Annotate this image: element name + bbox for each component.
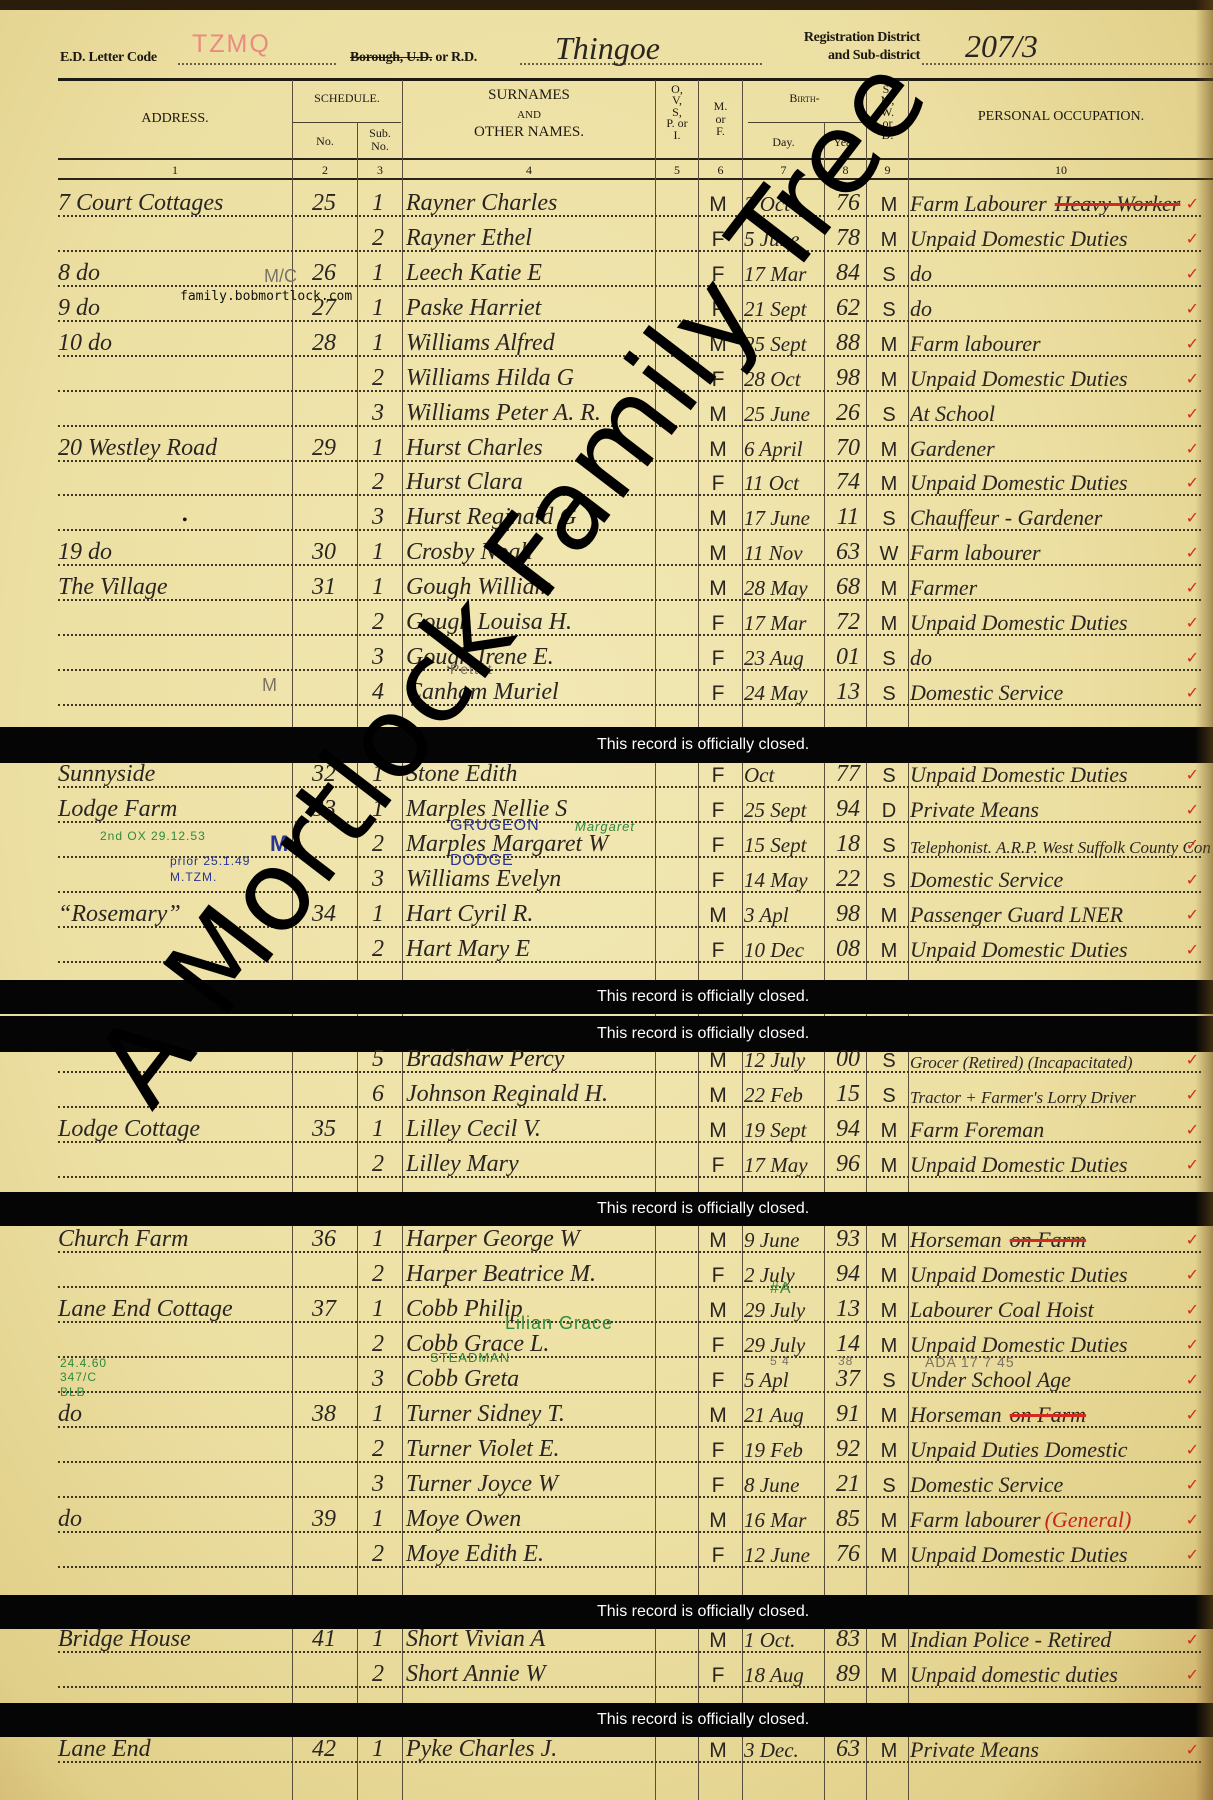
marital-status-cell: M xyxy=(872,1666,906,1686)
sub-no-cell: 1 xyxy=(358,1117,398,1141)
name-cell: Paske Harriet xyxy=(406,296,541,320)
red-check-icon: ✓ xyxy=(1186,299,1199,318)
occupation-cell: Unpaid Domestic Duties xyxy=(910,1154,1210,1176)
col-number: 6 xyxy=(699,163,742,178)
row-dotted-rule xyxy=(58,1391,1201,1393)
birth-day-cell: 28 May xyxy=(744,578,824,599)
occupation-cell: Unpaid Domestic Duties xyxy=(910,228,1210,250)
red-check-icon: ✓ xyxy=(1186,264,1199,283)
marital-status-cell: M xyxy=(872,1441,906,1461)
row-dotted-rule xyxy=(58,1356,1201,1358)
occupation-text: Domestic Service xyxy=(910,869,1063,891)
sub-no-cell: 1 xyxy=(358,902,398,926)
name-cell: Moye Owen xyxy=(406,1507,521,1531)
day-annotation: 5 4 xyxy=(770,1354,790,1368)
closed-record-text: This record is officially closed. xyxy=(597,736,809,754)
marital-status-cell: M xyxy=(872,1266,906,1286)
birth-day-cell: 19 Feb xyxy=(744,1440,824,1461)
name-cell: Short Vivian A xyxy=(406,1627,545,1651)
marital-status-cell: S xyxy=(872,300,906,320)
sub-no-cell: 1 xyxy=(358,1402,398,1426)
table-row: Lane End421Pyke Charles J.M3 Dec.63MPriv… xyxy=(0,1730,1213,1765)
marital-status-cell: M xyxy=(872,1546,906,1566)
row-dotted-rule xyxy=(58,1286,1201,1288)
row-dotted-rule xyxy=(58,599,1201,601)
row-dotted-rule xyxy=(58,1251,1201,1253)
sub-no-cell: 1 xyxy=(358,1627,398,1651)
birth-day-cell: 12 June xyxy=(744,1545,824,1566)
borough-label-struck: Borough, U.D. xyxy=(350,50,432,65)
occupation-cell: Unpaid Duties Domestic xyxy=(910,1439,1210,1461)
sex-cell: M xyxy=(704,1120,732,1141)
marital-status-cell: M xyxy=(872,370,906,390)
birth-day-cell: 24 May xyxy=(744,683,824,704)
row-dotted-rule xyxy=(58,1461,1201,1463)
col-number: 4 xyxy=(403,163,655,178)
sub-no-cell: 2 xyxy=(358,226,398,250)
sub-no-cell: 2 xyxy=(358,366,398,390)
row-dotted-rule xyxy=(58,704,1201,706)
occupation-struck-text: Heavy Worker xyxy=(1055,193,1181,215)
name-cell: Hart Cyril R. xyxy=(406,902,533,926)
marital-status-cell: S xyxy=(872,265,906,285)
closed-record-text: This record is officially closed. xyxy=(597,1711,809,1729)
sex-cell: F xyxy=(704,1265,732,1286)
col-header-sub-no: Sub.No. xyxy=(358,127,402,152)
marital-status-cell: S xyxy=(872,1476,906,1496)
sex-cell: F xyxy=(704,800,732,821)
birth-day-cell: 3 Apl xyxy=(744,905,824,926)
schedule-split-rule xyxy=(293,122,401,123)
address-cell: do xyxy=(58,1402,288,1426)
colnum-bottom-rule xyxy=(58,178,1213,180)
marital-status-cell: S xyxy=(872,836,906,856)
birth-year-cell: 21 xyxy=(826,1472,870,1496)
occupation-text: Farm labourer xyxy=(910,333,1041,355)
sub-no-cell: 5 xyxy=(358,1047,398,1071)
birth-day-cell: 8 June xyxy=(744,1475,824,1496)
birth-year-cell: 26 xyxy=(826,401,870,425)
occupation-text: Unpaid Domestic Duties xyxy=(910,1544,1128,1566)
occupation-cell: Domestic Service xyxy=(910,682,1210,704)
marital-status-cell: S xyxy=(872,766,906,786)
address-cell: Bridge House xyxy=(58,1627,288,1651)
sex-cell: F xyxy=(704,940,732,961)
birth-year-cell: 85 xyxy=(826,1507,870,1531)
birth-day-cell: 9 June xyxy=(744,1230,824,1251)
name-cell: Harper Beatrice M. xyxy=(406,1262,596,1286)
address-cell: 20 Westley Road xyxy=(58,436,288,460)
closed-record-text: This record is officially closed. xyxy=(597,988,809,1006)
red-check-icon: ✓ xyxy=(1186,1120,1199,1139)
marital-status-cell: M xyxy=(872,1121,906,1141)
occupation-struck-text: on Farm xyxy=(1010,1404,1086,1426)
schedule-no-cell: 42 xyxy=(292,1737,356,1761)
red-check-icon: ✓ xyxy=(1186,1665,1199,1684)
name-cell: Turner Violet E. xyxy=(406,1437,560,1461)
occupation-cell: Farm LabourerHeavy Worker xyxy=(910,193,1210,215)
address-cell: 7 Court Cottages xyxy=(58,191,288,215)
side-annotation: 24.4.60 347/C BLB xyxy=(60,1356,120,1399)
name-cell: Williams Evelyn xyxy=(406,867,561,891)
birth-day-cell: 6 April xyxy=(744,439,824,460)
sub-no-cell: 1 xyxy=(358,540,398,564)
sex-cell: F xyxy=(704,870,732,891)
birth-year-cell: 98 xyxy=(826,902,870,926)
occupation-text: Tractor + Farmer's Lorry Driver xyxy=(910,1089,1136,1106)
sex-cell: M xyxy=(704,1630,732,1651)
occupation-text: Unpaid Duties Domestic xyxy=(910,1439,1128,1461)
marital-status-cell: M xyxy=(872,1231,906,1251)
table-row: 2Moye Edith E.F12 June76MUnpaid Domestic… xyxy=(0,1535,1213,1570)
red-check-icon: ✓ xyxy=(1186,543,1199,562)
table-row: 2Short Annie WF18 Aug89MUnpaid domestic … xyxy=(0,1655,1213,1690)
sub-no-cell: 1 xyxy=(358,436,398,460)
red-check-icon: ✓ xyxy=(1186,870,1199,889)
col-header-schedule-no: No. xyxy=(293,135,357,148)
birth-year-cell: 08 xyxy=(826,937,870,961)
occupation-annotation: ADA 17 7 45 xyxy=(925,1354,1015,1370)
name-cell: Hurst Charles xyxy=(406,436,543,460)
col-header-occupation: PERSONAL OCCUPATION. xyxy=(909,110,1213,125)
birth-year-cell: 62 xyxy=(826,296,870,320)
name-cell: Johnson Reginald H. xyxy=(406,1082,608,1106)
table-row: 2Harper Beatrice M.F2 July94MUnpaid Dome… xyxy=(0,1255,1213,1290)
row-dotted-rule xyxy=(58,1531,1201,1533)
occupation-text: Chauffeur - Gardener xyxy=(910,507,1102,529)
sex-cell: M xyxy=(704,1050,732,1071)
marital-status-cell: M xyxy=(872,474,906,494)
marital-status-cell: M xyxy=(872,1301,906,1321)
sub-no-cell: 1 xyxy=(358,191,398,215)
birth-day-cell: 25 Sept xyxy=(744,800,824,821)
col-header-mf: M.orF. xyxy=(699,100,742,138)
red-check-icon: ✓ xyxy=(1186,940,1199,959)
year-annotation: 38 xyxy=(838,1354,853,1368)
sub-no-cell: 2 xyxy=(358,1152,398,1176)
birth-year-cell: 11 xyxy=(826,505,870,529)
occupation-text: Unpaid domestic duties xyxy=(910,1664,1118,1686)
sub-no-cell: 1 xyxy=(358,1297,398,1321)
table-row: 8 do261Leech Katie EF17 Mar84Sdo✓ xyxy=(0,254,1213,289)
sub-no-cell: 1 xyxy=(358,261,398,285)
sex-cell: F xyxy=(704,835,732,856)
sub-no-cell: 2 xyxy=(358,937,398,961)
row-dotted-rule xyxy=(58,215,1201,217)
occupation-text: Unpaid Domestic Duties xyxy=(910,1154,1128,1176)
sub-no-cell: 3 xyxy=(358,401,398,425)
borough-label-rest: or R.D. xyxy=(432,50,477,65)
occupation-cell: Grocer (Retired) (Incapacitated) xyxy=(910,1054,1210,1071)
birth-day-cell: 12 July xyxy=(744,1050,824,1071)
birth-year-cell: 94 xyxy=(826,1117,870,1141)
name-cell: Turner Joyce W xyxy=(406,1472,558,1496)
occupation-cell: Domestic Service xyxy=(910,869,1210,891)
schedule-no-cell: 39 xyxy=(292,1507,356,1531)
marital-status-cell: S xyxy=(872,871,906,891)
schedule-no-cell: 28 xyxy=(292,331,356,355)
marital-status-cell: M xyxy=(872,906,906,926)
occupation-text: Private Means xyxy=(910,799,1039,821)
header-top-rule xyxy=(58,78,1213,81)
birth-year-cell: 63 xyxy=(826,1737,870,1761)
address-cell: 8 do xyxy=(58,261,288,285)
occupation-text: Horseman xyxy=(910,1229,1002,1251)
occupation-text: Unpaid Domestic Duties xyxy=(910,472,1128,494)
name-cell: Turner Sidney T. xyxy=(406,1402,565,1426)
row-dotted-rule xyxy=(58,1761,1201,1763)
margin-note: M xyxy=(262,675,278,696)
birth-year-cell: 94 xyxy=(826,797,870,821)
address-cell: Lane End Cottage xyxy=(58,1297,288,1321)
name-cell: Rayner Ethel xyxy=(406,226,532,250)
birth-year-cell: 22 xyxy=(826,867,870,891)
marital-status-cell: S xyxy=(872,684,906,704)
marital-status-cell: M xyxy=(872,579,906,599)
occupation-text: Unpaid Domestic Duties xyxy=(910,1264,1128,1286)
red-check-icon: ✓ xyxy=(1186,835,1199,854)
closed-record-text: This record is officially closed. xyxy=(597,1603,809,1621)
table-row: 3Williams EvelynF14 May22SDomestic Servi… xyxy=(0,860,1213,895)
overwrite-annotation: Margaret xyxy=(575,819,635,834)
sex-cell: F xyxy=(704,613,732,634)
red-check-icon: ✓ xyxy=(1186,578,1199,597)
marital-status-cell: M xyxy=(872,440,906,460)
birth-day-cell: 28 Oct xyxy=(744,369,824,390)
name-cell: Williams Alfred xyxy=(406,331,555,355)
name-cell: Harper George W xyxy=(406,1227,580,1251)
birth-year-cell: 92 xyxy=(826,1437,870,1461)
col-number: 3 xyxy=(358,163,402,178)
red-check-icon: ✓ xyxy=(1186,1545,1199,1564)
occupation-cell: Telephonist. A.R.P. West Suffolk County … xyxy=(910,839,1210,856)
sex-cell: M xyxy=(704,1405,732,1426)
ed-code-dotted-line xyxy=(178,63,336,65)
row-dotted-rule xyxy=(58,669,1201,671)
address-cell: Sunnyside xyxy=(58,762,288,786)
birth-year-cell: 93 xyxy=(826,1227,870,1251)
occupation-cell: Passenger Guard LNER xyxy=(910,904,1210,926)
occupation-text: At School xyxy=(910,403,995,425)
birth-year-cell: 83 xyxy=(826,1627,870,1651)
occupation-text: Grocer (Retired) (Incapacitated) xyxy=(910,1054,1133,1071)
sub-no-cell: 2 xyxy=(358,1542,398,1566)
sub-no-cell: 1 xyxy=(358,1227,398,1251)
birth-year-cell: 89 xyxy=(826,1662,870,1686)
table-row: The Village311Gough WilliamM28 May68MFar… xyxy=(0,568,1213,603)
ed-letter-code-label: E.D. Letter Code xyxy=(60,50,157,66)
closed-record-text: This record is officially closed. xyxy=(597,1200,809,1218)
occupation-text: Indian Police - Retired xyxy=(910,1629,1111,1651)
marital-status-cell: M xyxy=(872,335,906,355)
red-check-icon: ✓ xyxy=(1186,1230,1199,1249)
birth-day-cell: 21 Aug xyxy=(744,1405,824,1426)
birth-year-cell: 70 xyxy=(826,436,870,460)
occupation-cell: do xyxy=(910,298,1210,320)
marital-status-cell: M xyxy=(872,1406,906,1426)
table-row: 4Canham MurielF24 May13SDomestic Service… xyxy=(0,673,1213,708)
sub-no-cell: 1 xyxy=(358,1737,398,1761)
name-cell: Pyke Charles J. xyxy=(406,1737,557,1761)
sub-no-cell: 1 xyxy=(358,1507,398,1531)
birth-day-cell: 1 Oct. xyxy=(744,1630,824,1651)
occupation-cell: Horsemanon Farm xyxy=(910,1229,1210,1251)
birth-day-cell: 5 Apl xyxy=(744,1370,824,1391)
red-check-icon: ✓ xyxy=(1186,1265,1199,1284)
occupation-cell: Unpaid Domestic Duties xyxy=(910,1334,1210,1356)
col-number: 5 xyxy=(656,163,698,178)
occupation-cell: Private Means xyxy=(910,1739,1210,1761)
red-check-icon: ✓ xyxy=(1186,1335,1199,1354)
schedule-no-cell: 38 xyxy=(292,1402,356,1426)
sub-no-cell: 2 xyxy=(358,1662,398,1686)
red-check-icon: ✓ xyxy=(1186,800,1199,819)
address-cell: The Village xyxy=(58,575,288,599)
occupation-text: Unpaid Domestic Duties xyxy=(910,368,1128,390)
name-cell: Lilley Mary xyxy=(406,1152,519,1176)
occupation-text: Unpaid Domestic Duties xyxy=(910,939,1128,961)
occupation-text: Domestic Service xyxy=(910,1474,1063,1496)
name-cell: Cobb Greta xyxy=(406,1367,519,1391)
occupation-text: do xyxy=(910,647,932,669)
schedule-no-cell: 25 xyxy=(292,191,356,215)
mc-annotation: M/C xyxy=(264,266,297,287)
sub-no-cell: 6 xyxy=(358,1082,398,1106)
occupation-cell: Farm labourer xyxy=(910,333,1210,355)
marital-status-cell: M xyxy=(872,1631,906,1651)
marital-status-cell: S xyxy=(872,1051,906,1071)
marital-status-cell: S xyxy=(872,405,906,425)
occupation-text: Farm Labourer xyxy=(910,193,1047,215)
occupation-cell: Indian Police - Retired xyxy=(910,1629,1210,1651)
row-dotted-rule xyxy=(58,250,1201,252)
table-row: 7 Court Cottages251Rayner CharlesM2 Oct7… xyxy=(0,184,1213,219)
sub-no-cell: 1 xyxy=(358,331,398,355)
birth-day-cell: 3 Dec. xyxy=(744,1740,824,1761)
birth-day-cell: 17 June xyxy=(744,508,824,529)
birth-year-cell: 37 xyxy=(826,1367,870,1391)
table-row: Bridge House411Short Vivian AM1 Oct.83MI… xyxy=(0,1620,1213,1655)
occupation-text: Under School Age xyxy=(910,1369,1071,1391)
col-header-ovspi: O,V,S,P. orI. xyxy=(656,84,698,141)
birth-year-cell: 63 xyxy=(826,540,870,564)
marital-status-cell: M xyxy=(872,1511,906,1531)
red-check-icon: ✓ xyxy=(1186,1370,1199,1389)
sub-no-cell: 1 xyxy=(358,296,398,320)
row-dotted-rule xyxy=(58,634,1201,636)
schedule-no-cell: 36 xyxy=(292,1227,356,1251)
red-check-icon: ✓ xyxy=(1186,1475,1199,1494)
sub-no-cell: 2 xyxy=(358,470,398,494)
side-annotation: 2nd OX 29.12.53 xyxy=(100,829,220,843)
table-row: 2Gough Louisa H.F17 Mar72MUnpaid Domesti… xyxy=(0,603,1213,638)
occupation-cell: do xyxy=(910,647,1210,669)
schedule-no-cell: 35 xyxy=(292,1117,356,1141)
sub-no-cell: 2 xyxy=(358,1332,398,1356)
table-row: 2Lilley MaryF17 May96MUnpaid Domestic Du… xyxy=(0,1145,1213,1180)
occupation-cell: Unpaid Domestic Duties xyxy=(910,764,1210,786)
schedule-no-cell: 29 xyxy=(292,436,356,460)
occupation-cell: Tractor + Farmer's Lorry Driver xyxy=(910,1089,1210,1106)
sex-cell: M xyxy=(704,1230,732,1251)
occupation-cell: Chauffeur - Gardener xyxy=(910,507,1210,529)
birth-day-cell: 10 Dec xyxy=(744,940,824,961)
row-dotted-rule xyxy=(58,1071,1201,1073)
schedule-no-cell: 30 xyxy=(292,540,356,564)
table-row: do391Moye OwenM16 Mar85MFarm labourer(Ge… xyxy=(0,1500,1213,1535)
overwrite-annotation: STEADMAN xyxy=(430,1350,510,1365)
col-number: 1 xyxy=(58,163,292,178)
borough-label: Borough, U.D. or R.D. xyxy=(350,50,477,66)
occupation-text: Horseman xyxy=(910,1404,1002,1426)
birth-day-cell: 15 Sept xyxy=(744,835,824,856)
red-check-icon: ✓ xyxy=(1186,648,1199,667)
occupation-cell: Unpaid Domestic Duties xyxy=(910,1264,1210,1286)
occupation-cell: do xyxy=(910,263,1210,285)
occupation-cell: Farm labourer(General) xyxy=(910,1509,1210,1531)
red-check-icon: ✓ xyxy=(1186,1405,1199,1424)
sex-cell: F xyxy=(704,648,732,669)
row-dotted-rule xyxy=(58,1106,1201,1108)
row-dotted-rule xyxy=(58,285,1201,287)
occupation-cell: At School xyxy=(910,403,1210,425)
sex-cell: M xyxy=(704,439,732,460)
birth-year-cell: 91 xyxy=(826,1402,870,1426)
name-cell: Leech Katie E xyxy=(406,261,542,285)
occupation-cell: Farm labourer xyxy=(910,542,1210,564)
occupation-text: Farmer xyxy=(910,577,977,599)
occupation-cell: Horsemanon Farm xyxy=(910,1404,1210,1426)
name-cell: Rayner Charles xyxy=(406,191,557,215)
address-cell: do xyxy=(58,1507,288,1531)
marital-status-cell: M xyxy=(872,230,906,250)
overwrite-annotation: GRUGEON xyxy=(450,817,540,835)
red-check-icon: ✓ xyxy=(1186,1440,1199,1459)
overwrite-annotation: DODGE xyxy=(450,852,514,870)
birth-day-cell: 11 Nov xyxy=(744,543,824,564)
occupation-text: Unpaid Domestic Duties xyxy=(910,764,1128,786)
red-check-icon: ✓ xyxy=(1186,194,1199,213)
ink-dot-mark: • xyxy=(182,512,188,530)
row-dotted-rule xyxy=(58,1566,1201,1568)
marital-status-cell: M xyxy=(872,1741,906,1761)
sex-cell: F xyxy=(704,473,732,494)
table-row: Sunnyside321Stone EdithF Oct77SUnpaid Do… xyxy=(0,755,1213,790)
birth-year-cell: 01 xyxy=(826,645,870,669)
marital-status-cell: D xyxy=(872,801,906,821)
birth-day-cell: 16 Mar xyxy=(744,1510,824,1531)
occupation-cell: Unpaid Domestic Duties xyxy=(910,939,1210,961)
occupation-text: Unpaid Domestic Duties xyxy=(910,228,1128,250)
occupation-text: Gardener xyxy=(910,438,995,460)
birth-day-cell: 29 July xyxy=(744,1300,824,1321)
occupation-text: Labourer Coal Hoist xyxy=(910,1299,1094,1321)
occupation-text: Farm Foreman xyxy=(910,1119,1044,1141)
occupation-cell: Domestic Service xyxy=(910,1474,1210,1496)
occupation-cell: Unpaid Domestic Duties xyxy=(910,612,1210,634)
sub-no-cell: 1 xyxy=(358,575,398,599)
red-check-icon: ✓ xyxy=(1186,508,1199,527)
red-check-icon: ✓ xyxy=(1186,1630,1199,1649)
sex-cell: F xyxy=(704,1665,732,1686)
birth-day-cell: 19 Sept xyxy=(744,1120,824,1141)
address-cell: 19 do xyxy=(58,540,288,564)
marital-status-cell: S xyxy=(872,509,906,529)
table-row: 3Cobb GretaF5 Apl37SUnder School Age✓STE… xyxy=(0,1360,1213,1395)
header-bottom-rule xyxy=(58,158,1213,160)
occupation-text: do xyxy=(910,263,932,285)
col-header-schedule: SCHEDULE. xyxy=(293,92,401,105)
